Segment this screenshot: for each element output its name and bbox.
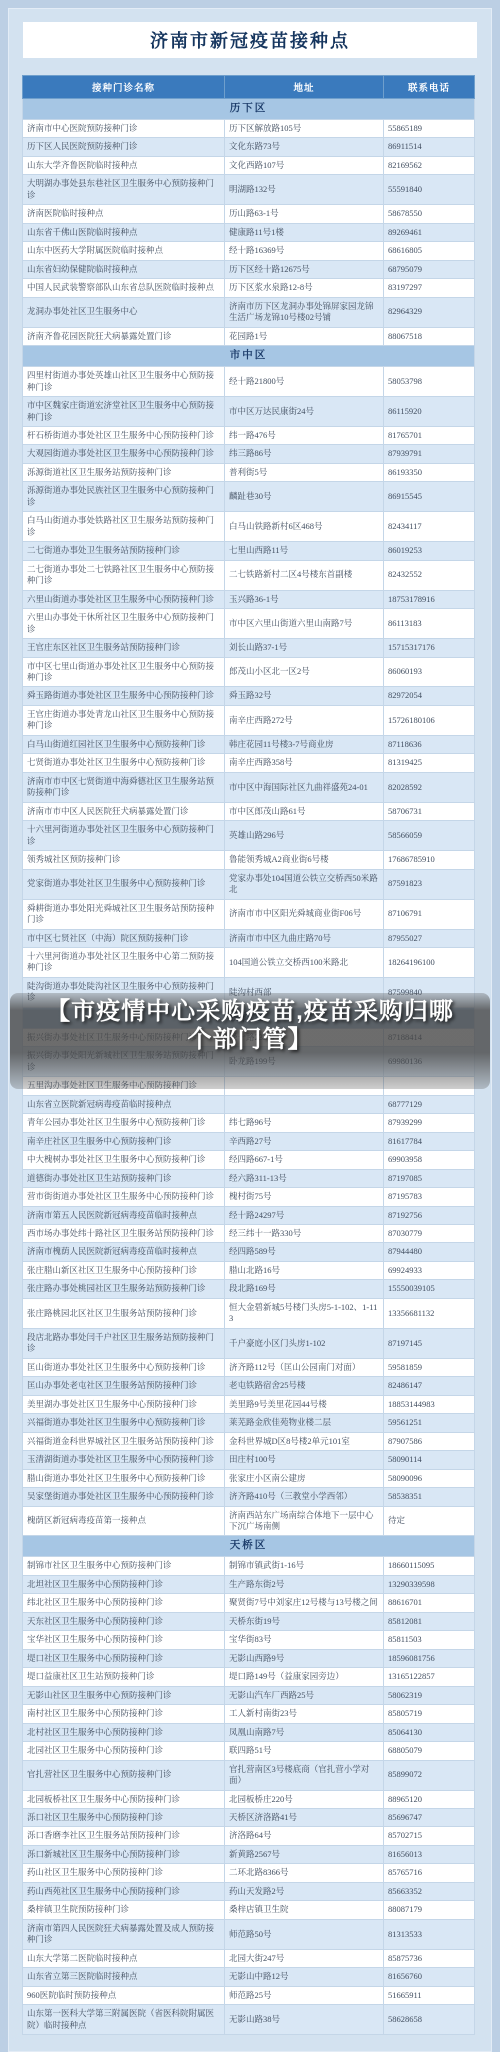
phone-cell: 85875736 bbox=[384, 1949, 475, 1967]
address-cell: 北园大街247号 bbox=[225, 1949, 384, 1967]
phone-cell: 85812081 bbox=[384, 1612, 475, 1630]
table-row: 吴家堡街道办事处社区卫生服务中心预防接种门诊济齐路410号（三教堂小学西邻）58… bbox=[23, 1488, 475, 1506]
clinic-name-cell: 济南市市中区人民医院狂犬病暴露处置门诊 bbox=[23, 802, 225, 820]
clinic-name-cell: 山东大学第二医院临时接种点 bbox=[23, 1949, 225, 1967]
table-row: 宝华社区卫生服务中心预防接种门诊宝华街83号85811503 bbox=[23, 1631, 475, 1649]
phone-cell: 13290339598 bbox=[384, 1575, 475, 1593]
address-cell: 历下区经十路12675号 bbox=[225, 260, 384, 278]
phone-cell: 55591840 bbox=[384, 175, 475, 205]
address-cell: 济洛路64号 bbox=[225, 1827, 384, 1845]
clinic-name-cell: 西市场办事处纬十路社区卫生服务站预防接种门诊 bbox=[23, 1225, 225, 1243]
address-cell: 历下区解放路105号 bbox=[225, 120, 384, 138]
address-cell: 经十路16369号 bbox=[225, 242, 384, 260]
section-title: 天桥区 bbox=[23, 1536, 475, 1557]
clinic-name-cell: 道德街办事处社区卫生站预防接种门诊 bbox=[23, 1169, 225, 1187]
phone-cell: 88067518 bbox=[384, 327, 475, 345]
address-cell: 历山路63-1号 bbox=[225, 205, 384, 223]
clinic-name-cell: 桑梓镇卫生院预防接种门诊 bbox=[23, 1901, 225, 1919]
phone-cell: 58706731 bbox=[384, 802, 475, 820]
phone-cell: 17686785910 bbox=[384, 851, 475, 869]
phone-cell: 87106791 bbox=[384, 899, 475, 929]
table-row: 天东社区卫生服务中心预防接种门诊天桥东街19号85812081 bbox=[23, 1612, 475, 1630]
clinic-name-cell: 美里湖办事处社区卫生服务中心预防接种门诊 bbox=[23, 1395, 225, 1413]
clinic-name-cell: 龙洞办事处社区卫生服务中心 bbox=[23, 297, 225, 327]
phone-cell: 81656760 bbox=[384, 1968, 475, 1986]
address-cell: 经六路311-13号 bbox=[225, 1169, 384, 1187]
section-header-row: 市中区 bbox=[23, 346, 475, 367]
table-row: 市中区七贤社区（中海）院区预防接种门诊济南市市中区九曲庄路70号87955027 bbox=[23, 929, 475, 947]
phone-cell: 13165122857 bbox=[384, 1668, 475, 1686]
phone-cell: 81313533 bbox=[384, 1919, 475, 1949]
phone-cell: 87907586 bbox=[384, 1432, 475, 1450]
clinic-name-cell: 山东中医药大学附属医院临时接种点 bbox=[23, 242, 225, 260]
clinic-name-cell: 党家街道办事处社区卫生服务中心预防接种门诊 bbox=[23, 869, 225, 899]
address-cell: 文化西路107号 bbox=[225, 156, 384, 174]
watermark-text-line1: 【市疫情中心采购疫苗,疫苗采购归哪 bbox=[46, 998, 454, 1026]
table-row: 道德街办事处社区卫生站预防接种门诊经六路311-13号87197085 bbox=[23, 1169, 475, 1187]
column-header-1: 地址 bbox=[225, 76, 384, 99]
phone-cell: 85899072 bbox=[384, 1760, 475, 1790]
clinic-name-cell: 市中区七里山街道办事处社区卫生服务中心预防接种门诊 bbox=[23, 657, 225, 687]
phone-cell: 15726180106 bbox=[384, 705, 475, 735]
table-row: 济南市第五人民医院新冠病毒疫苗临时接种点经十路24297号87192756 bbox=[23, 1206, 475, 1224]
table-row: 山东省妇幼保健院临时接种点历下区经十路12675号68795079 bbox=[23, 260, 475, 278]
clinic-name-cell: 堤口社区卫生服务中心预防接种门诊 bbox=[23, 1649, 225, 1667]
address-cell: 南辛庄西路358号 bbox=[225, 754, 384, 772]
table-row: 桑梓镇卫生院预防接种门诊桑梓店镇卫生院88087179 bbox=[23, 1901, 475, 1919]
clinic-name-cell: 南辛庄社区卫生服务中心预防接种门诊 bbox=[23, 1132, 225, 1150]
phone-cell: 86911514 bbox=[384, 138, 475, 156]
table-row: 领秀城社区预防接种门诊鲁能领秀城A2商业街6号楼17686785910 bbox=[23, 851, 475, 869]
phone-cell: 82972054 bbox=[384, 687, 475, 705]
clinic-name-cell: 二七街道办事处卫生服务站预防接种门诊 bbox=[23, 542, 225, 560]
table-row: 泺口新城社区卫生服务中心预防接种门诊新黄路2567号81656013 bbox=[23, 1845, 475, 1863]
table-row: 南村社区卫生服务中心预防接种门诊工人新村南街23号85805719 bbox=[23, 1705, 475, 1723]
clinic-name-cell: 兴福街道办事处社区卫生服务中心预防接种门诊 bbox=[23, 1414, 225, 1432]
table-row: 济南市中心医院预防接种门诊历下区解放路105号55865189 bbox=[23, 120, 475, 138]
address-cell: 张家庄小区南公建房 bbox=[225, 1469, 384, 1487]
address-cell: 鲁能领秀城A2商业街6号楼 bbox=[225, 851, 384, 869]
table-row: 济南市槐荫人民医院新冠病毒疫苗临时接种点经四路589号87944480 bbox=[23, 1243, 475, 1261]
address-cell: 经四路667-1号 bbox=[225, 1151, 384, 1169]
clinic-name-cell: 领秀城社区预防接种门诊 bbox=[23, 851, 225, 869]
phone-cell: 68805079 bbox=[384, 1742, 475, 1760]
table-row: 王官庄街道办事处青龙山社区卫生服务中心预防接种门诊南辛庄西路272号157261… bbox=[23, 705, 475, 735]
phone-cell: 18596081756 bbox=[384, 1649, 475, 1667]
phone-cell: 87944480 bbox=[384, 1243, 475, 1261]
table-row: 西市场办事处纬十路社区卫生服务站预防接种门诊经三纬十一路330号87030779 bbox=[23, 1225, 475, 1243]
clinic-name-cell: 匡山办事处老屯社区卫生服务站预防接种门诊 bbox=[23, 1377, 225, 1395]
clinic-name-cell: 青年公园办事处社区卫生服务中心预防接种门诊 bbox=[23, 1114, 225, 1132]
address-cell: 南辛庄西路272号 bbox=[225, 705, 384, 735]
table-row: 腊山街道办事处社区卫生服务中心预防接种门诊张家庄小区南公建房58090096 bbox=[23, 1469, 475, 1487]
phone-cell: 18853144983 bbox=[384, 1395, 475, 1413]
clinic-name-cell: 泺口香磨李社区卫生服务站预防接种门诊 bbox=[23, 1827, 225, 1845]
address-cell: 北园板桥庄220号 bbox=[225, 1790, 384, 1808]
clinic-name-cell: 张庄路桃园北区社区卫生服务站预防接种门诊 bbox=[23, 1298, 225, 1328]
clinic-name-cell: 舜玉路街道办事处社区卫生服务中心预防接种门诊 bbox=[23, 687, 225, 705]
table-row: 济南市市中区七贤街道中海舜德社区卫生服务站预防接种门诊市中区中海国际社区九曲祥盛… bbox=[23, 772, 475, 802]
clinic-name-cell: 王官庄东区社区卫生服务站预防接种门诊 bbox=[23, 639, 225, 657]
table-row: 张庄腊山新区社区卫生服务中心预防接种门诊腊山北路16号69924933 bbox=[23, 1261, 475, 1279]
table-row: 匡山办事处老屯社区卫生服务站预防接种门诊老屯铁路宿舍25号楼82486147 bbox=[23, 1377, 475, 1395]
table-row: 南辛庄社区卫生服务中心预防接种门诊辛西路27号81617784 bbox=[23, 1132, 475, 1150]
address-cell: 师范路25号 bbox=[225, 1986, 384, 2004]
address-cell bbox=[225, 1095, 384, 1113]
clinic-name-cell: 山东省妇幼保健院临时接种点 bbox=[23, 260, 225, 278]
clinic-name-cell: 中国人民武装警察部队山东省总队医院临时接种点 bbox=[23, 279, 225, 297]
clinic-name-cell: 舜耕街道办事处阳光舜城社区卫生服务站预防接种门诊 bbox=[23, 899, 225, 929]
phone-cell: 69903958 bbox=[384, 1151, 475, 1169]
phone-cell: 55865189 bbox=[384, 120, 475, 138]
address-cell: 段北路169号 bbox=[225, 1280, 384, 1298]
clinic-name-cell: 济南齐鲁花园医院狂犬病暴露处置门诊 bbox=[23, 327, 225, 345]
table-row: 无影山社区卫生服务中心预防接种门诊无影山汽车厂西路25号58062319 bbox=[23, 1686, 475, 1704]
clinic-name-cell: 中大槐树办事处社区卫生服务中心预防接种门诊 bbox=[23, 1151, 225, 1169]
clinic-name-cell: 吴家堡街道办事处社区卫生服务中心预防接种门诊 bbox=[23, 1488, 225, 1506]
table-row: 槐荫区新冠病毒疫苗第一接种点济南西站东广场南综合体地下一层中心下沉广场南侧待定 bbox=[23, 1506, 475, 1536]
address-cell: 普利街5号 bbox=[225, 463, 384, 481]
address-cell: 田庄村100号 bbox=[225, 1451, 384, 1469]
phone-cell: 15715317176 bbox=[384, 639, 475, 657]
table-row: 纬北社区卫生服务中心预防接种门诊聚贤街7号中刘家庄12号楼与13号楼之间8861… bbox=[23, 1594, 475, 1612]
clinic-name-cell: 白马山街道红园社区卫生服务中心预防接种门诊 bbox=[23, 735, 225, 753]
phone-cell: 58090114 bbox=[384, 1451, 475, 1469]
phone-cell: 58538351 bbox=[384, 1488, 475, 1506]
address-cell: 药山天发路2号 bbox=[225, 1882, 384, 1900]
address-cell: 堤口路149号（益康家园旁边） bbox=[225, 1668, 384, 1686]
address-cell: 韩庄花园11号楼3-7号商业房 bbox=[225, 735, 384, 753]
clinic-name-cell: 张庄腊山新区社区卫生服务中心预防接种门诊 bbox=[23, 1261, 225, 1279]
address-cell: 金科世界城D区8号楼2单元101室 bbox=[225, 1432, 384, 1450]
clinic-name-cell: 泺源街道办事处民族社区卫生服务中心预防接种门诊 bbox=[23, 482, 225, 512]
table-row: 六里山办事处干休所社区卫生服务中心预防接种门诊市中区六里山街道六里山南路7号86… bbox=[23, 609, 475, 639]
phone-cell: 85811503 bbox=[384, 1631, 475, 1649]
clinic-name-cell: 山东大学齐鲁医院临时接种点 bbox=[23, 156, 225, 174]
phone-cell: 69924933 bbox=[384, 1261, 475, 1279]
address-cell: 联四路51号 bbox=[225, 1742, 384, 1760]
table-row: 舜耕街道办事处阳光舜城社区卫生服务站预防接种门诊济南市市中区阳光舜城商业街F06… bbox=[23, 899, 475, 929]
table-row: 泺源街道办事处民族社区卫生服务中心预防接种门诊麟趾巷30号86915545 bbox=[23, 482, 475, 512]
table-row: 山东中医药大学附属医院临时接种点经十路16369号68616805 bbox=[23, 242, 475, 260]
address-cell: 工人新村南街23号 bbox=[225, 1705, 384, 1723]
phone-cell: 18660115095 bbox=[384, 1557, 475, 1575]
address-cell: 经十路24297号 bbox=[225, 1206, 384, 1224]
table-row: 中国人民武装警察部队山东省总队医院临时接种点历下区浆水泉路12-8号831972… bbox=[23, 279, 475, 297]
address-cell: 新黄路2567号 bbox=[225, 1845, 384, 1863]
phone-cell: 81765701 bbox=[384, 426, 475, 444]
table-row: 营市街街道办事处社区卫生服务中心预防接种门诊槐村街75号87195783 bbox=[23, 1188, 475, 1206]
phone-cell: 87197085 bbox=[384, 1169, 475, 1187]
phone-cell: 86193350 bbox=[384, 463, 475, 481]
address-cell: 经四路589号 bbox=[225, 1243, 384, 1261]
address-cell: 宝华街83号 bbox=[225, 1631, 384, 1649]
table-row: 大明湖办事处县东巷社区卫生服务中心预防接种门诊明湖路132号55591840 bbox=[23, 175, 475, 205]
address-cell: 经十路21800号 bbox=[225, 367, 384, 397]
phone-cell: 68616805 bbox=[384, 242, 475, 260]
clinic-name-cell: 槐荫区新冠病毒疫苗第一接种点 bbox=[23, 1506, 225, 1536]
clinic-name-cell: 堤口益康社区卫生站预防接种门诊 bbox=[23, 1668, 225, 1686]
clinic-name-cell: 济南市第四人民医院狂犬病暴露处置及成人预防接种门诊 bbox=[23, 1919, 225, 1949]
table-row: 张庄路桃园北区社区卫生服务站预防接种门诊恒大金碧新城5号楼门头房5-1-102、… bbox=[23, 1298, 475, 1328]
clinic-name-cell: 北村社区卫生服务中心预防接种门诊 bbox=[23, 1723, 225, 1741]
clinic-name-cell: 北坦社区卫生服务中心预防接种门诊 bbox=[23, 1575, 225, 1593]
table-row: 泺源街道社区卫生服务站预防接种门诊普利街5号86193350 bbox=[23, 463, 475, 481]
clinic-name-cell: 杆石桥街道办事处社区卫生服务中心预防接种门诊 bbox=[23, 426, 225, 444]
clinic-name-cell: 二七街道办事处二七铁路社区卫生服务中心预防接种门诊 bbox=[23, 560, 225, 590]
phone-cell: 85064130 bbox=[384, 1723, 475, 1741]
phone-cell: 82169562 bbox=[384, 156, 475, 174]
address-cell: 二环北路8366号 bbox=[225, 1864, 384, 1882]
clinic-name-cell: 济南市中心医院预防接种门诊 bbox=[23, 120, 225, 138]
phone-cell: 68795079 bbox=[384, 260, 475, 278]
phone-cell: 82434117 bbox=[384, 512, 475, 542]
table-row: 匡山街道办事处社区卫生服务中心预防接种门诊济齐路112号（匡山公园南门对面）59… bbox=[23, 1358, 475, 1376]
table-row: 白马山街道红园社区卫生服务中心预防接种门诊韩庄花园11号楼3-7号商业房8711… bbox=[23, 735, 475, 753]
clinic-name-cell: 山东省立第三医院临时接种点 bbox=[23, 1968, 225, 1986]
clinic-name-cell: 济南市市中区七贤街道中海舜德社区卫生服务站预防接种门诊 bbox=[23, 772, 225, 802]
address-cell: 党家办事处104国道公铁立交桥西50米路北 bbox=[225, 869, 384, 899]
address-cell: 文化东路73号 bbox=[225, 138, 384, 156]
section-header-row: 历下区 bbox=[23, 99, 475, 120]
table-row: 白马山街道办事处铁路社区卫生服务站预防接种门诊白马山铁路新村6区468号8243… bbox=[23, 512, 475, 542]
column-header-0: 接种门诊名称 bbox=[23, 76, 225, 99]
address-cell: 市中区中海国际社区九曲祥盛苑24-01 bbox=[225, 772, 384, 802]
address-cell: 无影山中路12号 bbox=[225, 1968, 384, 1986]
clinic-name-cell: 无影山社区卫生服务中心预防接种门诊 bbox=[23, 1686, 225, 1704]
table-row: 山东省立医院新冠病毒疫苗临时接种点68777129 bbox=[23, 1095, 475, 1113]
phone-cell: 58090096 bbox=[384, 1469, 475, 1487]
clinic-name-cell: 张庄路办事处桃园社区卫生服务站预防接种门诊 bbox=[23, 1280, 225, 1298]
address-cell: 郎茂山小区北一区2号 bbox=[225, 657, 384, 687]
table-row: 山东大学第二医院临时接种点北园大街247号85875736 bbox=[23, 1949, 475, 1967]
section-title: 历下区 bbox=[23, 99, 475, 120]
address-cell: 天桥东街19号 bbox=[225, 1612, 384, 1630]
clinic-name-cell: 制锦市社区卫生服务中心预防接种门诊 bbox=[23, 1557, 225, 1575]
clinic-name-cell: 白马山街道办事处铁路社区卫生服务站预防接种门诊 bbox=[23, 512, 225, 542]
clinic-name-cell: 十六里河街道办事处社区卫生服务中心预防接种门诊 bbox=[23, 821, 225, 851]
phone-cell: 87197145 bbox=[384, 1328, 475, 1358]
clinic-name-cell: 济南市第五人民医院新冠病毒疫苗临时接种点 bbox=[23, 1206, 225, 1224]
clinic-name-cell: 六里山办事处干休所社区卫生服务中心预防接种门诊 bbox=[23, 609, 225, 639]
table-row: 兴福街道金科世界城社区卫生服务站预防接种门诊金科世界城D区8号楼2单元101室8… bbox=[23, 1432, 475, 1450]
table-row: 二七街道办事处二七铁路社区卫生服务中心预防接种门诊二七铁路新村二区4号楼东首副楼… bbox=[23, 560, 475, 590]
table-row: 张庄路办事处桃园社区卫生服务站预防接种门诊段北路169号15550039105 bbox=[23, 1280, 475, 1298]
phone-cell: 58062319 bbox=[384, 1686, 475, 1704]
clinic-name-cell: 药山西苑社区卫生服务中心预防接种门诊 bbox=[23, 1882, 225, 1900]
address-cell: 制锦市镇武街1-16号 bbox=[225, 1557, 384, 1575]
clinic-name-cell: 王官庄街道办事处青龙山社区卫生服务中心预防接种门诊 bbox=[23, 705, 225, 735]
clinic-name-cell: 泺口新城社区卫生服务中心预防接种门诊 bbox=[23, 1845, 225, 1863]
table-header-row: 接种门诊名称地址联系电话 bbox=[23, 76, 475, 99]
clinic-name-cell: 十六里河街道办事处社区卫生服务中心第二预防接种门诊 bbox=[23, 947, 225, 977]
address-cell: 官扎营南区3号楼底商（官扎营小学对面） bbox=[225, 1760, 384, 1790]
phone-cell: 58628658 bbox=[384, 2005, 475, 2035]
table-row: 药山西苑社区卫生服务中心预防接种门诊药山天发路2号85663352 bbox=[23, 1882, 475, 1900]
clinic-name-cell: 玉清湖街道办事处社区卫生服务中心预防接种门诊 bbox=[23, 1451, 225, 1469]
phone-cell: 81656013 bbox=[384, 1845, 475, 1863]
phone-cell: 82028592 bbox=[384, 772, 475, 802]
section-header-row: 天桥区 bbox=[23, 1536, 475, 1557]
clinic-name-cell: 药山社区卫生服务中心预防接种门诊 bbox=[23, 1864, 225, 1882]
phone-cell: 18264196100 bbox=[384, 947, 475, 977]
phone-cell: 88616701 bbox=[384, 1594, 475, 1612]
clinic-name-cell: 六里山街道办事处社区卫生服务中心预防接种门诊 bbox=[23, 590, 225, 608]
clinic-name-cell: 兴福街道金科世界城社区卫生服务站预防接种门诊 bbox=[23, 1432, 225, 1450]
address-cell: 刘长山路37-1号 bbox=[225, 639, 384, 657]
phone-cell: 58678550 bbox=[384, 205, 475, 223]
address-cell: 英雄山路296号 bbox=[225, 821, 384, 851]
table-row: 济南医院临时接种点历山路63-1号58678550 bbox=[23, 205, 475, 223]
address-cell: 二七铁路新村二区4号楼东首副楼 bbox=[225, 560, 384, 590]
phone-cell: 82486147 bbox=[384, 1377, 475, 1395]
table-row: 济南市第四人民医院狂犬病暴露处置及成人预防接种门诊师范路50号81313533 bbox=[23, 1919, 475, 1949]
address-cell: 济南市市中区九曲庄路70号 bbox=[225, 929, 384, 947]
phone-cell: 82964329 bbox=[384, 297, 475, 327]
address-cell: 千户豪庭小区门头房1-102 bbox=[225, 1328, 384, 1358]
phone-cell: 89269461 bbox=[384, 223, 475, 241]
clinic-name-cell: 大明湖办事处县东巷社区卫生服务中心预防接种门诊 bbox=[23, 175, 225, 205]
address-cell: 经三纬十一路330号 bbox=[225, 1225, 384, 1243]
phone-cell: 85663352 bbox=[384, 1882, 475, 1900]
address-cell: 济南市市中区阳光舜城商业街F06号 bbox=[225, 899, 384, 929]
table-row: 山东省千佛山医院临时接种点健康路11号1楼89269461 bbox=[23, 223, 475, 241]
watermark-text-line2: 个部门管】 bbox=[188, 1026, 313, 1054]
table-row: 大观园街道办事处社区卫生服务中心预防接种门诊纬三路86号87939791 bbox=[23, 445, 475, 463]
table-row: 十六里河街道办事处社区卫生服务中心预防接种门诊英雄山路296号58566059 bbox=[23, 821, 475, 851]
phone-cell: 15550039105 bbox=[384, 1280, 475, 1298]
table-row: 北园板桥社区卫生服务中心预防接种门诊北园板桥庄220号88965120 bbox=[23, 1790, 475, 1808]
clinic-name-cell: 市中区魏家庄街道宏济堂社区卫生服务中心预防接种门诊 bbox=[23, 397, 225, 427]
phone-cell: 87939299 bbox=[384, 1114, 475, 1132]
phone-cell: 83197297 bbox=[384, 279, 475, 297]
clinic-name-cell: 腊山街道办事处社区卫生服务中心预防接种门诊 bbox=[23, 1469, 225, 1487]
table-row: 十六里河街道办事处社区卫生服务中心第二预防接种门诊104国道公铁立交桥西100米… bbox=[23, 947, 475, 977]
address-cell: 花园路1号 bbox=[225, 327, 384, 345]
clinic-name-cell: 南村社区卫生服务中心预防接种门诊 bbox=[23, 1705, 225, 1723]
table-row: 玉清湖街道办事处社区卫生服务中心预防接种门诊田庄村100号58090114 bbox=[23, 1451, 475, 1469]
clinic-name-cell: 山东省千佛山医院临时接种点 bbox=[23, 223, 225, 241]
table-row: 二七街道办事处卫生服务站预防接种门诊七里山西路11号86019253 bbox=[23, 542, 475, 560]
table-row: 舜玉路街道办事处社区卫生服务中心预防接种门诊舜玉路32号82972054 bbox=[23, 687, 475, 705]
address-cell: 七里山西路11号 bbox=[225, 542, 384, 560]
address-cell: 天桥区济洛路41号 bbox=[225, 1809, 384, 1827]
table-row: 北园社区卫生服务中心预防接种门诊联四路51号68805079 bbox=[23, 1742, 475, 1760]
address-cell: 凤凰山南路7号 bbox=[225, 1723, 384, 1741]
address-cell: 济齐路112号（匡山公园南门对面） bbox=[225, 1358, 384, 1376]
address-cell: 无影山汽车厂西路25号 bbox=[225, 1686, 384, 1704]
clinic-name-cell: 泺源街道社区卫生服务站预防接种门诊 bbox=[23, 463, 225, 481]
table-row: 药山社区卫生服务中心预防接种门诊二环北路8366号85765716 bbox=[23, 1864, 475, 1882]
table-row: 市中区七里山街道办事处社区卫生服务中心预防接种门诊郎茂山小区北一区2号86060… bbox=[23, 657, 475, 687]
table-row: 党家街道办事处社区卫生服务中心预防接种门诊党家办事处104国道公铁立交桥西50米… bbox=[23, 869, 475, 899]
table-row: 杆石桥街道办事处社区卫生服务中心预防接种门诊纬一路476号81765701 bbox=[23, 426, 475, 444]
phone-cell: 58053798 bbox=[384, 367, 475, 397]
clinic-name-cell: 济南医院临时接种点 bbox=[23, 205, 225, 223]
address-cell: 聚贤街7号中刘家庄12号楼与13号楼之间 bbox=[225, 1594, 384, 1612]
clinic-name-cell: 泺口社区卫生服务中心预防接种门诊 bbox=[23, 1809, 225, 1827]
clinic-name-cell: 官扎营社区卫生服务中心预防接种门诊 bbox=[23, 1760, 225, 1790]
phone-cell: 87192756 bbox=[384, 1206, 475, 1224]
title-band: 济南市新冠疫苗接种点 bbox=[23, 22, 477, 58]
clinic-name-cell: 960医院临时预防接种点 bbox=[23, 1986, 225, 2004]
address-cell: 济齐路410号（三教堂小学西邻） bbox=[225, 1488, 384, 1506]
phone-cell: 87195783 bbox=[384, 1188, 475, 1206]
clinic-name-cell: 匡山街道办事处社区卫生服务中心预防接种门诊 bbox=[23, 1358, 225, 1376]
address-cell: 生产路东街2号 bbox=[225, 1575, 384, 1593]
table-row: 泺口社区卫生服务中心预防接种门诊天桥区济洛路41号85696747 bbox=[23, 1809, 475, 1827]
phone-cell: 13356681132 bbox=[384, 1298, 475, 1328]
phone-cell: 59561251 bbox=[384, 1414, 475, 1432]
clinic-name-cell: 大观园街道办事处社区卫生服务中心预防接种门诊 bbox=[23, 445, 225, 463]
clinic-name-cell: 历下区人民医院预防接种门诊 bbox=[23, 138, 225, 156]
clinic-name-cell: 北园板桥社区卫生服务中心预防接种门诊 bbox=[23, 1790, 225, 1808]
phone-cell: 87591823 bbox=[384, 869, 475, 899]
table-row: 山东大学齐鲁医院临时接种点文化西路107号82169562 bbox=[23, 156, 475, 174]
phone-cell: 86019253 bbox=[384, 542, 475, 560]
table-row: 山东省立第三医院临时接种点无影山中路12号81656760 bbox=[23, 1968, 475, 1986]
address-cell: 桑梓店镇卫生院 bbox=[225, 1901, 384, 1919]
address-cell: 舜玉路32号 bbox=[225, 687, 384, 705]
phone-cell: 87939791 bbox=[384, 445, 475, 463]
table-row: 历下区人民医院预防接种门诊文化东路73号86911514 bbox=[23, 138, 475, 156]
address-cell: 市中区万达民康街24号 bbox=[225, 397, 384, 427]
phone-cell: 58566059 bbox=[384, 821, 475, 851]
address-cell: 恒大金碧新城5号楼门头房5-1-102、1-113 bbox=[225, 1298, 384, 1328]
table-row: 济南齐鲁花园医院狂犬病暴露处置门诊花园路1号88067518 bbox=[23, 327, 475, 345]
table-row: 中大槐树办事处社区卫生服务中心预防接种门诊经四路667-1号69903958 bbox=[23, 1151, 475, 1169]
phone-cell: 86113183 bbox=[384, 609, 475, 639]
phone-cell: 59581859 bbox=[384, 1358, 475, 1376]
table-row: 山东第一医科大学第三附属医院（省医科院附属医院）临时接种点无影山路38号5862… bbox=[23, 2005, 475, 2035]
table-row: 市中区魏家庄街道宏济堂社区卫生服务中心预防接种门诊市中区万达民康街24号8611… bbox=[23, 397, 475, 427]
phone-cell: 待定 bbox=[384, 1506, 475, 1536]
address-cell: 美里路9号美里花园44号楼 bbox=[225, 1395, 384, 1413]
address-cell: 纬七路96号 bbox=[225, 1114, 384, 1132]
address-cell: 市中区六里山街道六里山南路7号 bbox=[225, 609, 384, 639]
section-title: 市中区 bbox=[23, 346, 475, 367]
address-cell: 槐村街75号 bbox=[225, 1188, 384, 1206]
address-cell: 辛西路27号 bbox=[225, 1132, 384, 1150]
address-cell: 市中区郎茂山路61号 bbox=[225, 802, 384, 820]
clinic-name-cell: 宝华社区卫生服务中心预防接种门诊 bbox=[23, 1631, 225, 1649]
clinic-name-cell: 天东社区卫生服务中心预防接种门诊 bbox=[23, 1612, 225, 1630]
phone-cell: 85805719 bbox=[384, 1705, 475, 1723]
phone-cell: 68777129 bbox=[384, 1095, 475, 1113]
address-cell: 济南市历下区龙洞办事处锦屏家园龙锦生活广场龙锦10号楼02号铺 bbox=[225, 297, 384, 327]
table-row: 美里湖办事处社区卫生服务中心预防接种门诊美里路9号美里花园44号楼1885314… bbox=[23, 1395, 475, 1413]
clinic-name-cell: 市中区七贤社区（中海）院区预防接种门诊 bbox=[23, 929, 225, 947]
address-cell: 纬一路476号 bbox=[225, 426, 384, 444]
clinic-name-cell: 山东第一医科大学第三附属医院（省医科院附属医院）临时接种点 bbox=[23, 2005, 225, 2035]
clinic-name-cell: 山东省立医院新冠病毒疫苗临时接种点 bbox=[23, 1095, 225, 1113]
table-row: 兴福街道办事处社区卫生服务中心预防接种门诊莱芜路金欣佳苑物业楼二层5956125… bbox=[23, 1414, 475, 1432]
table-row: 王官庄东区社区卫生服务站预防接种门诊刘长山路37-1号15715317176 bbox=[23, 639, 475, 657]
table-row: 北村社区卫生服务中心预防接种门诊凤凰山南路7号85064130 bbox=[23, 1723, 475, 1741]
clinic-name-cell: 纬北社区卫生服务中心预防接种门诊 bbox=[23, 1594, 225, 1612]
address-cell: 健康路11号1楼 bbox=[225, 223, 384, 241]
table-row: 六里山街道办事处社区卫生服务中心预防接种门诊玉兴路36-1号1875317891… bbox=[23, 590, 475, 608]
table-row: 制锦市社区卫生服务中心预防接种门诊制锦市镇武街1-16号18660115095 bbox=[23, 1557, 475, 1575]
table-row: 官扎营社区卫生服务中心预防接种门诊官扎营南区3号楼底商（官扎营小学对面）8589… bbox=[23, 1760, 475, 1790]
phone-cell: 88965120 bbox=[384, 1790, 475, 1808]
phone-cell: 86060193 bbox=[384, 657, 475, 687]
phone-cell: 85765716 bbox=[384, 1864, 475, 1882]
address-cell: 玉兴路36-1号 bbox=[225, 590, 384, 608]
clinic-name-cell: 北园社区卫生服务中心预防接种门诊 bbox=[23, 1742, 225, 1760]
phone-cell: 87030779 bbox=[384, 1225, 475, 1243]
address-cell: 无影山西路9号 bbox=[225, 1649, 384, 1667]
